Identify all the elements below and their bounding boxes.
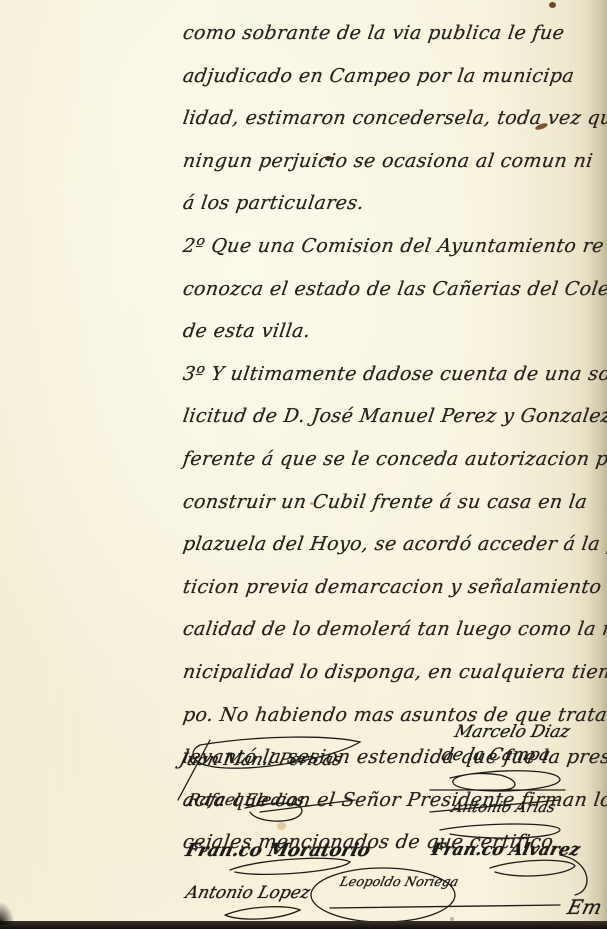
signature-juan-manuel-pericas: Juan Man.l Pericas (178, 750, 345, 770)
text-line: conozca el estado de las Cañerias del Co… (180, 268, 601, 311)
text-line: ticion previa demarcacion y señalamiento… (180, 566, 601, 609)
signature-antonio-arias: Antonio Arias (450, 798, 558, 816)
signature-de-la-campa: de la Campa (440, 745, 553, 765)
text-line: licitud de D. José Manuel Perez y Gonzal… (180, 395, 601, 438)
text-line: 3º Y ultimamente dadose cuenta de una so (180, 353, 601, 396)
signature-francisco-moratorio: Fran.co Moratorio (183, 840, 372, 861)
signature-rafael-eledias: Rafael Eledias (186, 790, 307, 809)
text-line: como sobrante de la via publica le fue (180, 12, 601, 55)
scan-background-edge (0, 921, 607, 929)
signature-leopoldo-noriega: Leopoldo Noriega (338, 875, 460, 890)
text-line: lidad, estimaron concedersela, toda vez … (180, 97, 601, 140)
signature-antonio-lopez: Antonio Lopez (184, 883, 313, 903)
text-line: calidad de lo demolerá tan luego como la… (180, 608, 601, 651)
text-line: adjudicado en Campeo por la municipa (180, 55, 601, 98)
manuscript-page: como sobrante de la via publica le fue a… (0, 0, 607, 922)
text-line: de esta villa. (180, 310, 601, 353)
text-line: 2º Que una Comision del Ayuntamiento re (180, 225, 601, 268)
signature-marcelo-diaz: Marcelo Diaz (453, 722, 572, 742)
text-line: plazuela del Hoyo, se acordó acceder á l… (180, 523, 601, 566)
text-line: nicipalidad lo disponga, en cualquiera t… (180, 651, 601, 694)
text-line: ferente á que se le conceda autorizacion… (180, 438, 601, 481)
corner-shadow (0, 903, 14, 925)
text-line: á los particulares. (180, 182, 601, 225)
ink-stain (549, 2, 556, 8)
bottom-right-mark: Em (565, 895, 605, 919)
text-line: construir un Cubil frente á su casa en l… (180, 481, 601, 524)
signature-francisco-alvarez: Fran.co Alvarez (430, 840, 583, 860)
text-line: ningun perjuicio se ocasiona al comun ni (180, 140, 601, 183)
